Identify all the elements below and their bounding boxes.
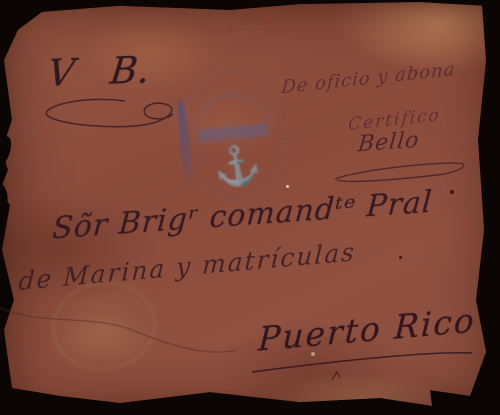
ink-dot (450, 190, 454, 194)
initials-rubric-flourish (25, 95, 175, 140)
paper-speck (311, 352, 315, 356)
destination-underline (248, 340, 478, 385)
approval-initials: V B. (46, 48, 152, 95)
signature-underline-flourish (325, 155, 470, 190)
photo-background: ⚓ 2ª ∂ V B. De oficio y abona Certifico … (0, 0, 500, 415)
anchor-seal-stamp: ⚓ (173, 61, 295, 212)
pencil-curve-mark (0, 292, 245, 372)
anchor-icon: ⚓ (210, 140, 264, 193)
ink-dot (399, 256, 402, 259)
signature: Bello (357, 128, 421, 158)
paper-speck (286, 185, 289, 188)
